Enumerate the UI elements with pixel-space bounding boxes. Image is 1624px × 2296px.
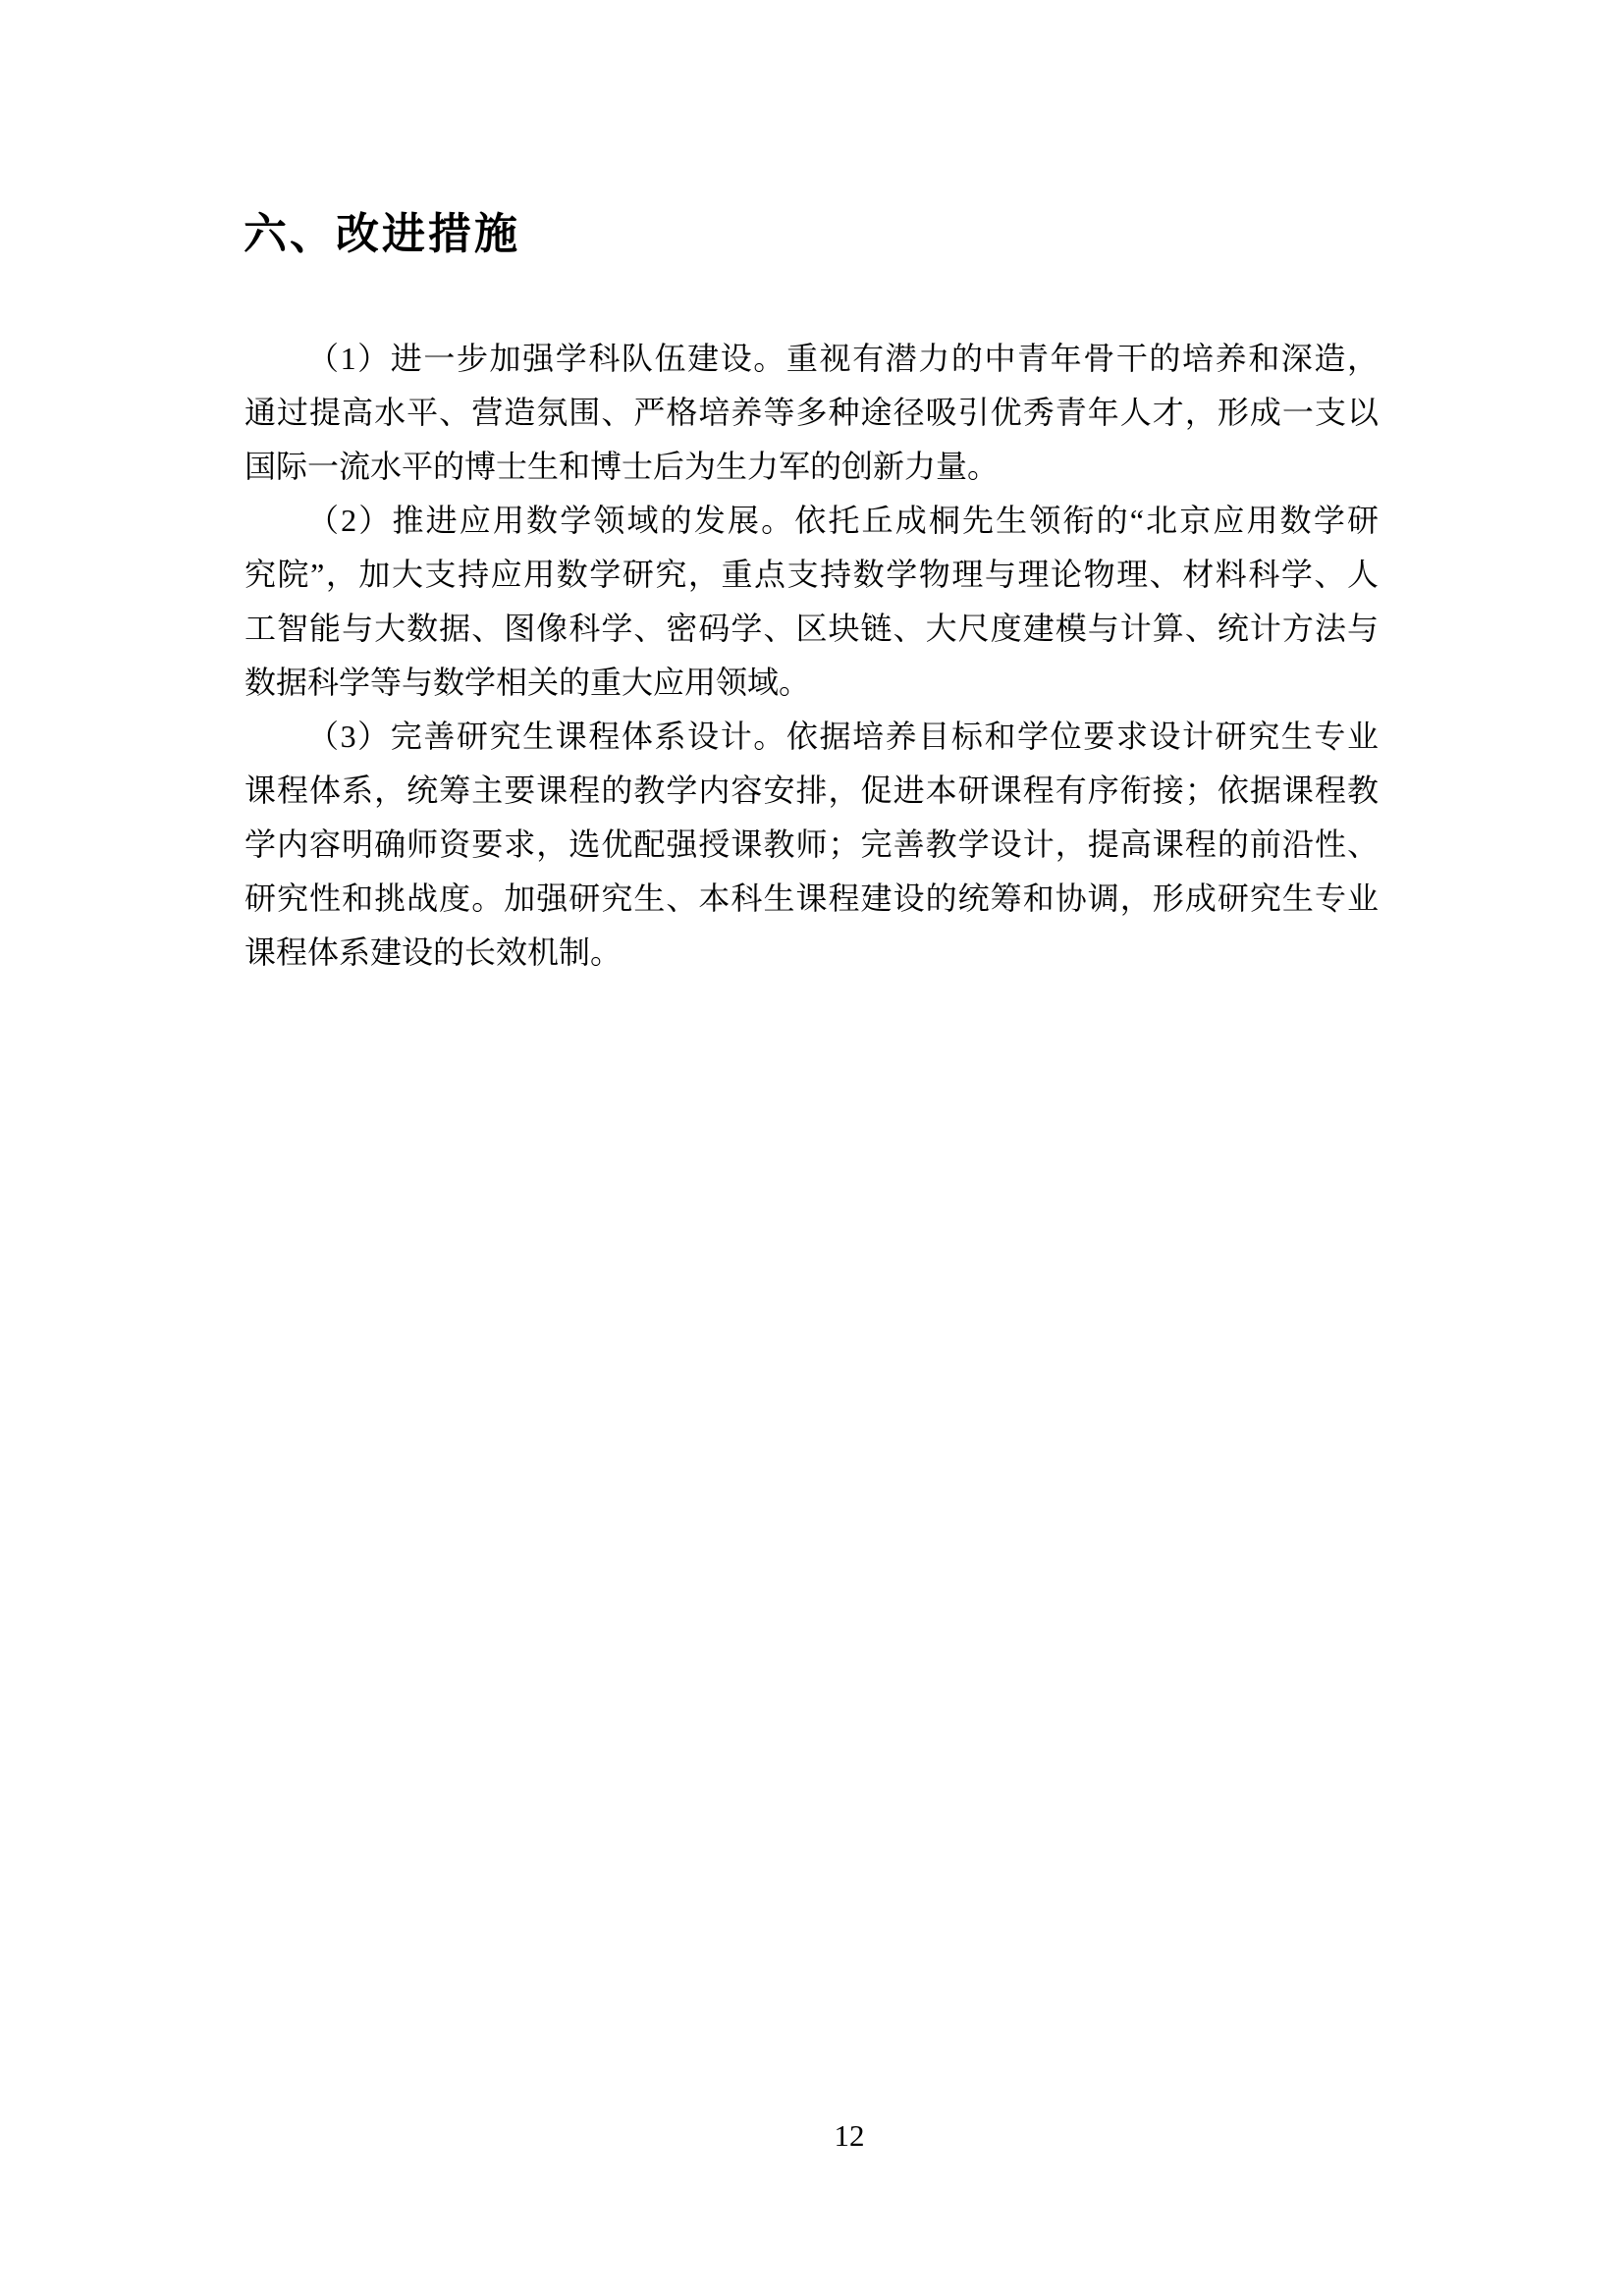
section-heading: 六、改进措施 [244, 206, 520, 263]
paragraph-1: （1）进一步加强学科队伍建设。重视有潜力的中青年骨干的培养和深造， 通过提高水平… [244, 332, 1379, 494]
text-line: （2）推进应用数学领域的发展。依托丘成桐先生领衔的“北京应用数学研 [244, 494, 1379, 548]
paragraph-3: （3）完善研究生课程体系设计。依据培养目标和学位要求设计研究生专业 课程体系，统… [244, 710, 1379, 980]
text-line: 研究性和挑战度。加强研究生、本科生课程建设的统筹和协调，形成研究生专业 [244, 872, 1379, 926]
document-body: （1）进一步加强学科队伍建设。重视有潜力的中青年骨干的培养和深造， 通过提高水平… [244, 332, 1379, 980]
text-line: （3）完善研究生课程体系设计。依据培养目标和学位要求设计研究生专业 [244, 710, 1379, 764]
page-number: 12 [0, 2116, 1624, 2156]
text-line: 究院”，加大支持应用数学研究，重点支持数学物理与理论物理、材料科学、人 [244, 548, 1379, 602]
text-line: 通过提高水平、营造氛围、严格培养等多种途径吸引优秀青年人才，形成一支以 [244, 386, 1379, 440]
text-line: 国际一流水平的博士生和博士后为生力军的创新力量。 [244, 440, 1379, 494]
text-line: 工智能与大数据、图像科学、密码学、区块链、大尺度建模与计算、统计方法与 [244, 602, 1379, 656]
text-line: 学内容明确师资要求，选优配强授课教师；完善教学设计，提高课程的前沿性、 [244, 818, 1379, 872]
document-page: 六、改进措施 （1）进一步加强学科队伍建设。重视有潜力的中青年骨干的培养和深造，… [0, 0, 1624, 2296]
text-line: （1）进一步加强学科队伍建设。重视有潜力的中青年骨干的培养和深造， [244, 332, 1379, 386]
text-line: 课程体系建设的长效机制。 [244, 926, 1379, 980]
text-line: 课程体系，统筹主要课程的教学内容安排，促进本研课程有序衔接；依据课程教 [244, 764, 1379, 818]
paragraph-2: （2）推进应用数学领域的发展。依托丘成桐先生领衔的“北京应用数学研 究院”，加大… [244, 494, 1379, 710]
text-line: 数据科学等与数学相关的重大应用领域。 [244, 656, 1379, 710]
